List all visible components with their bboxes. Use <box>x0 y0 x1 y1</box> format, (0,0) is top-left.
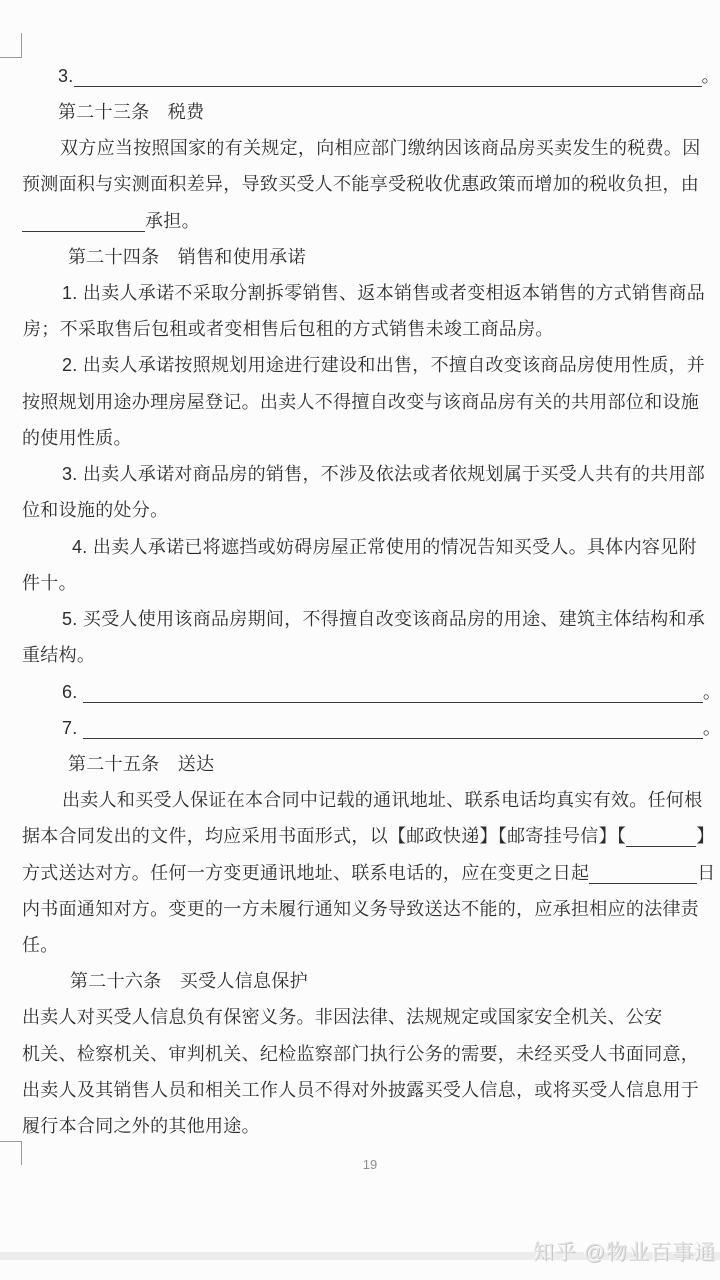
doc-text: 承担。 <box>145 211 200 231</box>
doc-text: 出卖人对买受人信息负有保密义务。非因法律、法规规定或国家安全机关、公安 <box>22 1007 663 1027</box>
article-25-heading: 第二十五条 送达 <box>68 752 214 776</box>
fill-in-blank-line <box>589 864 697 884</box>
doc-text: 。 <box>703 718 720 738</box>
doc-text: 第二十四条 销售和使用承诺 <box>68 247 306 267</box>
doc-text: 6. <box>62 682 83 702</box>
article-24-item-7-blank-line: 7. 。 <box>62 716 720 740</box>
article-23-heading: 第二十三条 税费 <box>58 100 204 124</box>
doc-text: 1. 出卖人承诺不采取分割拆零销售、返本销售或者变相返本销售的方式销售商品 <box>62 283 705 303</box>
doc-text: 第二十六条 买受人信息保护 <box>70 971 308 991</box>
doc-text: 预测面积与实测面积差异，导致买受人不能享受税收优惠政策而增加的税收负担，由 <box>22 174 699 194</box>
doc-text: 4. 出卖人承诺已将遮挡或妨碍房屋正常使用的情况告知买受人。具体内容见附 <box>72 537 697 557</box>
fill-in-blank-line <box>74 67 702 87</box>
article-24-item-2-line-2: 按照规划用途办理房屋登记。出卖人不得擅自改变与该商品房有关的共用部位和设施 <box>22 390 699 414</box>
article-25-para-line-3: 方式送达对方。任何一方变更通讯地址、联系电话的，应在变更之日起日 <box>22 861 716 885</box>
doc-text: 按照规划用途办理房屋登记。出卖人不得擅自改变与该商品房有关的共用部位和设施 <box>22 392 699 412</box>
doc-text: 履行本合同之外的其他用途。 <box>22 1116 260 1136</box>
doc-text: 2. 出卖人承诺按照规划用途进行建设和出售，不擅自改变该商品房使用性质，并 <box>62 355 705 375</box>
article-24-heading: 第二十四条 销售和使用承诺 <box>68 245 306 269</box>
article-24-item-2-line-1: 2. 出卖人承诺按照规划用途进行建设和出售，不擅自改变该商品房使用性质，并 <box>62 353 705 377</box>
doc-text: 内书面通知对方。变更的一方未履行通知义务导致送达不能的，应承担相应的法律责 <box>22 899 699 919</box>
doc-text: 第二十五条 送达 <box>68 754 214 774</box>
doc-text: 。 <box>702 66 720 86</box>
doc-text: 机关、检察机关、审判机关、纪检监察部门执行公务的需要，未经买受人书面同意， <box>22 1044 699 1064</box>
article-23-para-line-3: 承担。 <box>22 209 200 233</box>
doc-text: 】 <box>696 826 714 846</box>
doc-text: 的使用性质。 <box>22 428 132 448</box>
document-page[interactable]: 3.。第二十三条 税费双方应当按照国家的有关规定，向相应部门缴纳因该商品房买卖发… <box>0 0 720 1280</box>
doc-text: 出卖人和买受人保证在本合同中记载的通讯地址、联系电话均真实有效。任何根 <box>62 790 703 810</box>
article-24-item-6-blank-line: 6. 。 <box>62 680 720 704</box>
text-boundary-mark-top-left <box>0 33 22 58</box>
article-24-item-1-line-2: 房；不采取售后包租或者变相售后包租的方式销售未竣工商品房。 <box>23 317 554 341</box>
doc-text: 据本合同发出的文件，均应采用书面形式，以【邮政快递】【邮寄挂号信】【 <box>22 826 626 846</box>
article-24-item-3-line-2: 位和设施的处分。 <box>22 498 168 522</box>
fill-in-blank-line <box>626 827 696 847</box>
doc-text: 重结构。 <box>22 645 95 665</box>
article-24-item-2-line-3: 的使用性质。 <box>22 426 132 450</box>
doc-text: 7. <box>62 718 83 738</box>
doc-text: 方式送达对方。任何一方变更通讯地址、联系电话的，应在变更之日起 <box>22 863 589 883</box>
doc-text: 日 <box>697 863 715 883</box>
zhihu-watermark: 知乎 @物业百事通 <box>533 1236 716 1266</box>
fill-in-blank-line <box>83 719 703 739</box>
article-25-para-line-4: 内书面通知对方。变更的一方未履行通知义务导致送达不能的，应承担相应的法律责 <box>22 897 699 921</box>
page-number: 19 <box>0 1157 720 1172</box>
item-3-blank-line: 3.。 <box>58 64 720 88</box>
fill-in-blank-line <box>22 212 145 232</box>
doc-text: 任。 <box>22 935 59 955</box>
article-26-heading: 第二十六条 买受人信息保护 <box>70 969 308 993</box>
doc-text: 位和设施的处分。 <box>22 500 168 520</box>
doc-text: 3. <box>58 66 74 86</box>
doc-text: 第二十三条 税费 <box>58 102 204 122</box>
article-26-para-line-4: 履行本合同之外的其他用途。 <box>22 1114 260 1138</box>
article-25-para-line-2: 据本合同发出的文件，均应采用书面形式，以【邮政快递】【邮寄挂号信】【】 <box>22 824 715 848</box>
doc-text: 。 <box>703 682 720 702</box>
article-23-para-line-1: 双方应当按照国家的有关规定，向相应部门缴纳因该商品房买卖发生的税费。因 <box>60 136 701 160</box>
article-26-para-line-2: 机关、检察机关、审判机关、纪检监察部门执行公务的需要，未经买受人书面同意， <box>22 1042 699 1066</box>
article-24-item-5-line-1: 5. 买受人使用该商品房期间，不得擅自改变该商品房的用途、建筑主体结构和承 <box>62 607 705 631</box>
doc-text: 5. 买受人使用该商品房期间，不得擅自改变该商品房的用途、建筑主体结构和承 <box>62 609 705 629</box>
article-24-item-4-line-2: 件十。 <box>22 571 77 595</box>
article-26-para-line-1: 出卖人对买受人信息负有保密义务。非因法律、法规规定或国家安全机关、公安 <box>22 1005 663 1029</box>
article-24-item-5-line-2: 重结构。 <box>22 643 95 667</box>
article-23-para-line-2: 预测面积与实测面积差异，导致买受人不能享受税收优惠政策而增加的税收负担，由 <box>22 172 699 196</box>
doc-text: 件十。 <box>22 573 77 593</box>
doc-text: 3. 出卖人承诺对商品房的销售，不涉及依法或者依规划属于买受人共有的共用部 <box>62 464 705 484</box>
doc-text: 双方应当按照国家的有关规定，向相应部门缴纳因该商品房买卖发生的税费。因 <box>60 138 701 158</box>
fill-in-blank-line <box>83 683 703 703</box>
article-25-para-line-1: 出卖人和买受人保证在本合同中记载的通讯地址、联系电话均真实有效。任何根 <box>62 788 703 812</box>
doc-text: 房；不采取售后包租或者变相售后包租的方式销售未竣工商品房。 <box>23 319 554 339</box>
doc-text: 出卖人及其销售人员和相关工作人员不得对外披露买受人信息，或将买受人信息用于 <box>22 1080 699 1100</box>
article-26-para-line-3: 出卖人及其销售人员和相关工作人员不得对外披露买受人信息，或将买受人信息用于 <box>22 1078 699 1102</box>
article-24-item-1-line-1: 1. 出卖人承诺不采取分割拆零销售、返本销售或者变相返本销售的方式销售商品 <box>62 281 705 305</box>
article-25-para-line-5: 任。 <box>22 933 59 957</box>
article-24-item-4-line-1: 4. 出卖人承诺已将遮挡或妨碍房屋正常使用的情况告知买受人。具体内容见附 <box>72 535 697 559</box>
article-24-item-3-line-1: 3. 出卖人承诺对商品房的销售，不涉及依法或者依规划属于买受人共有的共用部 <box>62 462 705 486</box>
